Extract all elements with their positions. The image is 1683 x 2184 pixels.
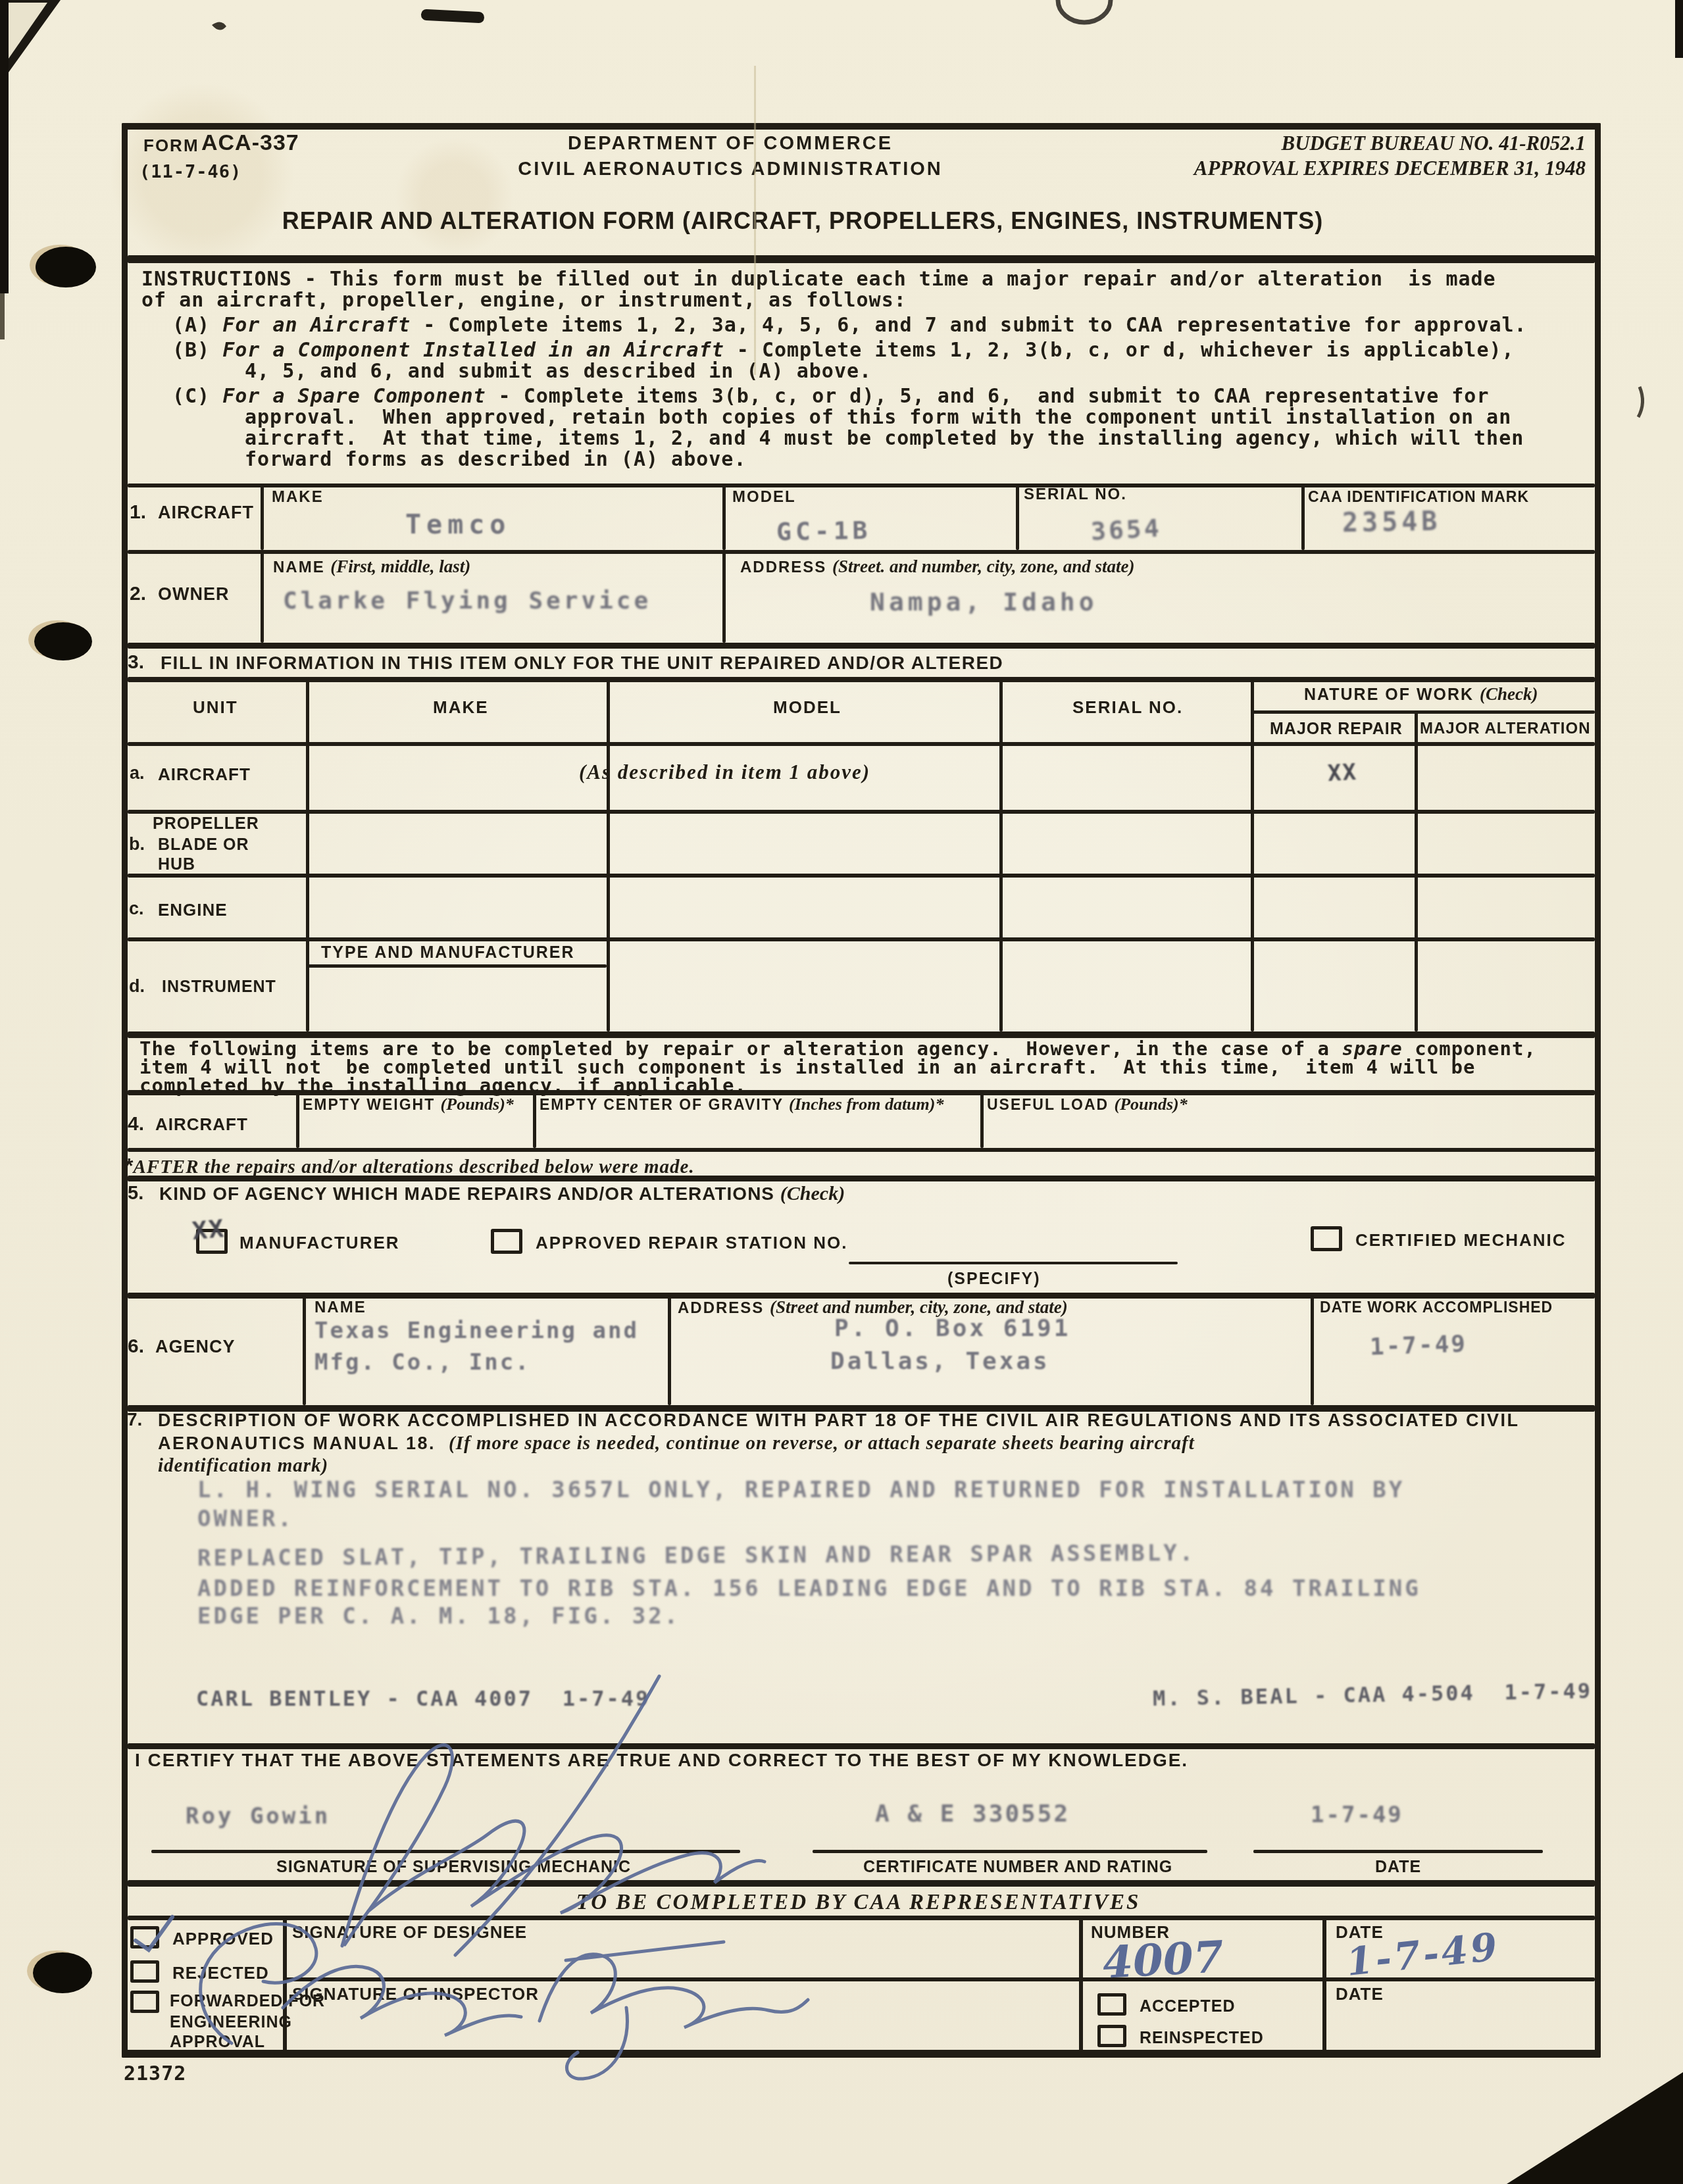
reinspected-label: REINSPECTED [1140,2030,1264,2047]
item6-number: 6. [128,1337,144,1356]
row-b-num: b. [129,835,145,853]
agency-address-label: ADDRESS (Street and number, city, zone, … [678,1299,1068,1316]
certified-mechanic-checkbox[interactable] [1311,1226,1342,1251]
reinspected-checkbox[interactable] [1097,2025,1126,2047]
number-value-handwritten[interactable]: 4007 [1101,1935,1224,1985]
manufacturer-label: MANUFACTURER [239,1234,400,1251]
rule-nature-sub [1251,710,1595,714]
useful-load-label: USEFUL LOAD (Pounds)* [987,1096,1188,1113]
col-major-repair: MAJOR REPAIR [1270,721,1403,737]
date-work-label: DATE WORK ACCOMPLISHED [1320,1300,1553,1315]
punch-hole-3 [33,1952,92,1993]
col-line [980,1090,984,1148]
repair-station-checkbox[interactable] [491,1229,522,1254]
page-title: REPAIR AND ALTERATION FORM (AIRCRAFT, PR… [250,209,1355,233]
rule-item3-bar-bottom [128,677,1595,682]
top-scratch-artifact [421,9,485,23]
col-major-alteration: MAJOR ALTERATION [1420,721,1591,737]
specify-label: (SPECIFY) [947,1271,1041,1287]
specify-underline [849,1262,1178,1264]
col-line [303,1293,306,1405]
item7-line3: identification mark) [158,1456,328,1476]
approved-label: APPROVED [172,1930,274,1947]
serial-label: SERIAL NO. [1024,487,1127,503]
instruction-b: (B) For a Component Installed in an Airc… [172,341,1515,360]
col-line [296,1090,299,1148]
inspector-signature-label: SIGNATURE OF INSPECTOR [292,1985,539,2002]
rejected-label: REJECTED [172,1964,269,1981]
col-serial: SERIAL NO. [1072,699,1183,716]
mechanic-typed-name[interactable]: Roy Gowin [186,1805,330,1827]
rule-caa-title-bottom [128,1916,1595,1920]
designee-signature[interactable] [566,2008,627,2079]
form-number: ACA-337 [201,132,299,154]
manufacturer-check-mark: XX [191,1216,226,1243]
repair-station-label: APPROVED REPAIR STATION NO. [536,1234,847,1251]
col-line [722,484,726,550]
item6-label: AGENCY [155,1338,236,1356]
form-border-left [122,123,128,2058]
item5-number: 5. [128,1184,143,1203]
instruction-c-cont2: aircraft. At that time, items 1, 2, and … [245,429,1524,449]
instruction-a: (A) For an Aircraft - Complete items 1, … [172,316,1527,335]
col-line [1079,1916,1083,2051]
item7-line1: DESCRIPTION OF WORK ACCOMPLISHED IN ACCO… [158,1412,1520,1429]
designee-signature-label: SIGNATURE OF DESIGNEE [292,1923,527,1941]
item3-number: 3. [128,653,144,672]
instructions-intro-2: of an aircraft, propeller, engine, or in… [141,291,907,310]
designee-stamp: CARL BENTLEY - CAA 4007 1-7-49 [196,1688,650,1709]
approved-checkbox[interactable] [130,1926,159,1948]
corner-fold-artifact [3,3,47,67]
punch-hole-2 [34,622,92,660]
form-word: FORM [143,137,199,154]
item4-footnote: *AFTER the repairs and/or alterations de… [125,1155,695,1177]
small-mark-artifact [212,22,226,30]
col-line [607,677,610,1031]
form-border-top [122,123,1601,130]
mechanic-signature-label: SIGNATURE OF SUPERVISING MECHANIC [276,1859,631,1875]
document-number: 21372 [124,2064,186,2084]
col-line [668,1293,671,1405]
instruction-c-cont1: approval. When approved, retain both cop… [245,408,1511,428]
forwarded-label-2: ENGINEERING [170,2014,292,2031]
accepted-label: ACCEPTED [1140,1998,1236,2015]
certified-mechanic-label: CERTIFIED MECHANIC [1355,1231,1567,1249]
rule-item2-bottom [128,643,1595,649]
owner-name-value[interactable]: Clarke Flying Service [283,589,651,613]
row-a-note: (As described in item 1 above) [579,762,870,782]
rule-type-mfr-underline [306,964,607,968]
owner-name-label: NAME (First, middle, last) [273,558,470,576]
inspector-date-label: DATE [1336,1985,1384,2002]
mechanic-signature-line [151,1850,740,1853]
item4-number: 4. [128,1114,144,1134]
row-c-num: c. [129,900,144,918]
agency-name-value2[interactable]: Mfg. Co., Inc. [314,1351,531,1374]
col-model: MODEL [773,699,841,716]
work-description-line2[interactable]: OWNER. [197,1508,294,1530]
empty-weight-label: EMPTY WEIGHT (Pounds)* [303,1096,514,1113]
forwarded-label-3: APPROVAL [170,2034,265,2050]
row-a-label: AIRCRAFT [158,766,251,783]
certificate-number-typed[interactable]: A & E 330552 [875,1802,1070,1826]
col-line [722,550,726,643]
scanned-form-page: FORM ACA-337 (11-7-46) DEPARTMENT OF COM… [0,0,1683,2184]
serial-value[interactable]: 3654 [1090,515,1162,544]
agency-name-value1[interactable]: Texas Engineering and [314,1320,639,1342]
rule-row-b-bottom [128,874,1595,878]
item1-label: AIRCRAFT [158,504,254,522]
item2-number: 2. [130,584,146,604]
certify-date-label: DATE [1375,1859,1421,1875]
col-line [1415,710,1418,1031]
form-border-bottom [122,2050,1601,2058]
row-d-subheader: TYPE AND MANUFACTURER [321,945,575,961]
col-line [1251,677,1254,1031]
instructions-intro-1: INSTRUCTIONS - This form must be filled … [141,270,1496,289]
row-a-num: a. [130,764,145,782]
rule-footnote-bottom [128,1176,1595,1181]
budget-bureau-no: BUDGET BUREAU NO. 41-R052.1 [1026,133,1586,153]
rule-item1-bottom [128,550,1595,554]
owner-address-value[interactable]: Nampa, Idaho [870,589,1098,614]
work-description-line1[interactable]: L. H. WING SERIAL NO. 3657L ONLY, REPAIR… [197,1479,1405,1501]
row-d-label: INSTRUMENT [162,979,276,995]
dept-line1: DEPARTMENT OF COMMERCE [461,134,1000,153]
corner-artifact-bottom-right [1507,2072,1683,2184]
rule-certify-bottom [128,1880,1595,1887]
row-c-label: ENGINE [158,901,228,918]
work-description-line3[interactable]: REPLACED SLAT, TIP, TRAILING EDGE SKIN A… [197,1542,1195,1570]
certify-date-typed[interactable]: 1-7-49 [1311,1804,1403,1826]
rule-row-c-bottom [128,937,1595,941]
inspector-stamp: M. S. BEAL - CAA 4-504 1-7-49 [1153,1680,1592,1709]
designee-signature[interactable] [540,1954,808,2027]
small-mark-artifact [1638,387,1643,417]
title-separator [128,255,1595,263]
col-line [306,677,309,1031]
col-line [261,550,264,643]
designee-signature[interactable] [566,1942,724,1960]
item5-title: KIND OF AGENCY WHICH MADE REPAIRS AND/OR… [159,1184,845,1204]
corner-fold-artifact [0,0,61,84]
empty-cg-label: EMPTY CENTER OF GRAVITY (Inches from dat… [540,1096,943,1113]
rule-instructions-bottom [128,484,1595,487]
owner-address-label: ADDRESS (Street. and number, city, zone,… [740,558,1135,576]
date-line [1253,1850,1543,1853]
col-line [1016,484,1019,550]
form-revision: (11-7-46) [139,163,241,181]
col-line [261,484,264,550]
accepted-checkbox[interactable] [1097,1993,1126,2016]
work-description-line4[interactable]: ADDED REINFORCEMENT TO RIB STA. 156 LEAD… [197,1577,1421,1600]
row-b-word: PROPELLER [153,816,259,832]
col-nature-of-work: NATURE OF WORK (Check) [1304,685,1538,703]
col-line [1311,1293,1314,1405]
edge-artifact-right [1675,0,1683,58]
punch-hole-1 [36,247,96,287]
certificate-number-label: CERTIFICATE NUMBER AND RATING [863,1859,1172,1875]
item7-line2: AERONAUTICS MANUAL 18. (If more space is… [158,1434,1195,1453]
agency-address-value1[interactable]: P. O. Box 6191 [834,1317,1070,1341]
rule-row-a-bottom [128,810,1595,814]
form-border-right [1595,123,1601,2058]
col-line [999,677,1003,1031]
edge-artifact-left [0,293,5,339]
agency-name-label: NAME [314,1300,366,1316]
dept-line2: CIVIL AERONAUTICS ADMINISTRATION [461,160,1000,179]
edge-artifact-left [0,0,9,293]
forwarded-checkbox[interactable] [130,1991,159,2013]
top-ring-artifact [1058,0,1111,22]
col-unit: UNIT [193,699,238,716]
make-value[interactable]: Temco [405,512,511,538]
col-line [533,1090,536,1148]
col-line [1322,1916,1326,2051]
model-value[interactable]: GC-1B [776,518,872,545]
item3-title: FILL IN INFORMATION IN THIS ITEM ONLY FO… [161,654,1003,672]
certify-statement: I CERTIFY THAT THE ABOVE STATEMENTS ARE … [135,1751,1188,1770]
row-d-num: d. [129,978,145,995]
item7-number: 7. [127,1410,142,1429]
instruction-c-cont3: forward forms as described in (A) above. [245,450,746,470]
work-description-line5[interactable]: EDGE PER C. A. M. 18, FIG. 32. [197,1605,680,1627]
rule-table-header-bottom [128,742,1595,746]
certificate-line [813,1850,1207,1853]
item4-label: AIRCRAFT [155,1116,248,1133]
caa-id-value[interactable]: 2354B [1342,509,1442,537]
item1-number: 1. [130,503,146,522]
make-label: MAKE [272,489,324,505]
item2-label: OWNER [158,585,230,603]
caa-section-title: TO BE COMPLETED BY CAA REPRESENTATIVES [122,1892,1595,1914]
instruction-c: (C) For a Spare Component - Complete ite… [172,387,1489,407]
approval-expires: APPROVAL EXPIRES DECEMBER 31, 1948 [1026,158,1586,178]
agency-address-value2[interactable]: Dallas, Texas [830,1350,1050,1374]
rule-item4-bottom [128,1148,1595,1152]
date-work-value[interactable]: 1-7-49 [1369,1332,1467,1359]
model-label: MODEL [732,489,796,505]
rule-item7-bottom [128,1743,1595,1749]
col-make: MAKE [433,699,489,716]
rejected-checkbox[interactable] [130,1960,159,1983]
row-b-label: BLADE OR [158,837,249,853]
instruction-b-cont: 4, 5, and 6, and submit as described in … [245,362,872,382]
caa-id-label: CAA IDENTIFICATION MARK [1308,489,1529,505]
row-a-major-repair-mark[interactable]: XX [1327,761,1358,785]
col-line [1301,484,1305,550]
row-b-label2: HUB [158,856,195,873]
